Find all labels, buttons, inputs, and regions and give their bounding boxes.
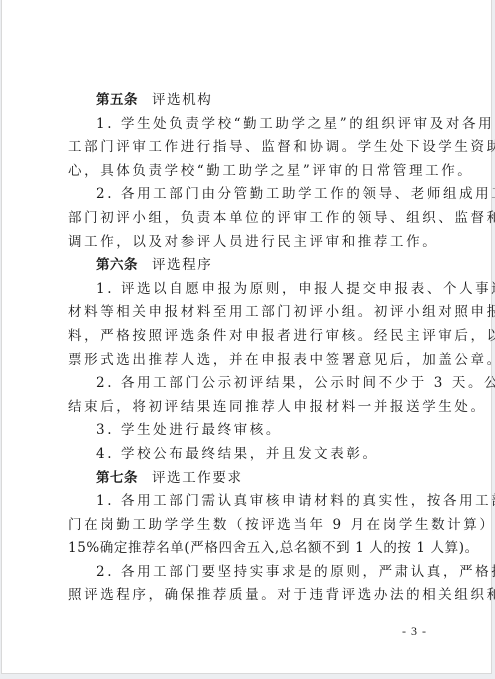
paragraph-line: 3. 学生处进行最终审核。	[68, 419, 432, 443]
paragraph-line: 部门初评小组，负责本单位的评审工作的领导、组织、监督和协	[68, 207, 432, 231]
paragraph-line: 1. 各用工部门需认真审核申请材料的真实性，按各用工部	[68, 490, 432, 514]
document-page: 第五条评选机构 1. 学生处负责学校“勤工助学之星”的组织评审及对各用 工部门评…	[1, 0, 492, 674]
paragraph-line: 1. 学生处负责学校“勤工助学之星”的组织评审及对各用	[68, 113, 432, 137]
paragraph-line: 2. 各用工部门由分管勤工助学工作的领导、老师组成用工	[68, 183, 432, 207]
paragraph-line: 1. 评选以自愿申报为原则，申报人提交申报表、个人事迹	[68, 278, 432, 302]
paragraph-line: 材料等相关申报材料至用工部门初评小组。初评小组对照申报材	[68, 301, 432, 325]
paragraph-line: 料，严格按照评选条件对申报者进行审核。经民主评审后，以投	[68, 325, 432, 349]
paragraph-line: 2. 各用工部门公示初评结果，公示时间不少于 3 天。公示	[68, 372, 432, 396]
article-heading: 第六条评选程序	[68, 254, 432, 278]
paragraph-line: 结束后，将初评结果连同推荐人申报材料一并报送学生处。	[68, 396, 432, 420]
paragraph-line: 心，具体负责学校“勤工助学之星”评审的日常管理工作。	[68, 160, 432, 184]
article-title: 评选程序	[152, 257, 212, 273]
article-number: 第五条	[96, 92, 138, 108]
page-content: 第五条评选机构 1. 学生处负责学校“勤工助学之星”的组织评审及对各用 工部门评…	[68, 89, 432, 608]
article-title: 评选工作要求	[152, 470, 243, 486]
page-number: - 3 -	[402, 624, 427, 639]
paragraph-line: 2. 各用工部门要坚持实事求是的原则，严肃认真，严格按	[68, 561, 432, 585]
paragraph-line: 票形式选出推荐人选，并在申报表中签署意见后，加盖公章。	[68, 349, 432, 373]
paragraph-line: 15%确定推荐名单(严格四舍五入,总名额不到 1 人的按 1 人算)。	[68, 537, 432, 561]
paragraph-line: 工部门评审工作进行指导、监督和协调。学生处下设学生资助中	[68, 136, 432, 160]
paragraph-line: 门在岗勤工助学学生数（按评选当年 9 月在岗学生数计算）的	[68, 514, 432, 538]
article-number: 第六条	[96, 257, 138, 273]
article-heading: 第七条评选工作要求	[68, 467, 432, 491]
article-number: 第七条	[96, 470, 138, 486]
article-title: 评选机构	[152, 92, 212, 108]
paragraph-line: 调工作，以及对参评人员进行民主评审和推荐工作。	[68, 231, 432, 255]
paragraph-line: 照评选程序，确保推荐质量。对于违背评选办法的相关组织和个	[68, 584, 432, 608]
article-heading: 第五条评选机构	[68, 89, 432, 113]
paragraph-line: 4. 学校公布最终结果，并且发文表彰。	[68, 443, 432, 467]
